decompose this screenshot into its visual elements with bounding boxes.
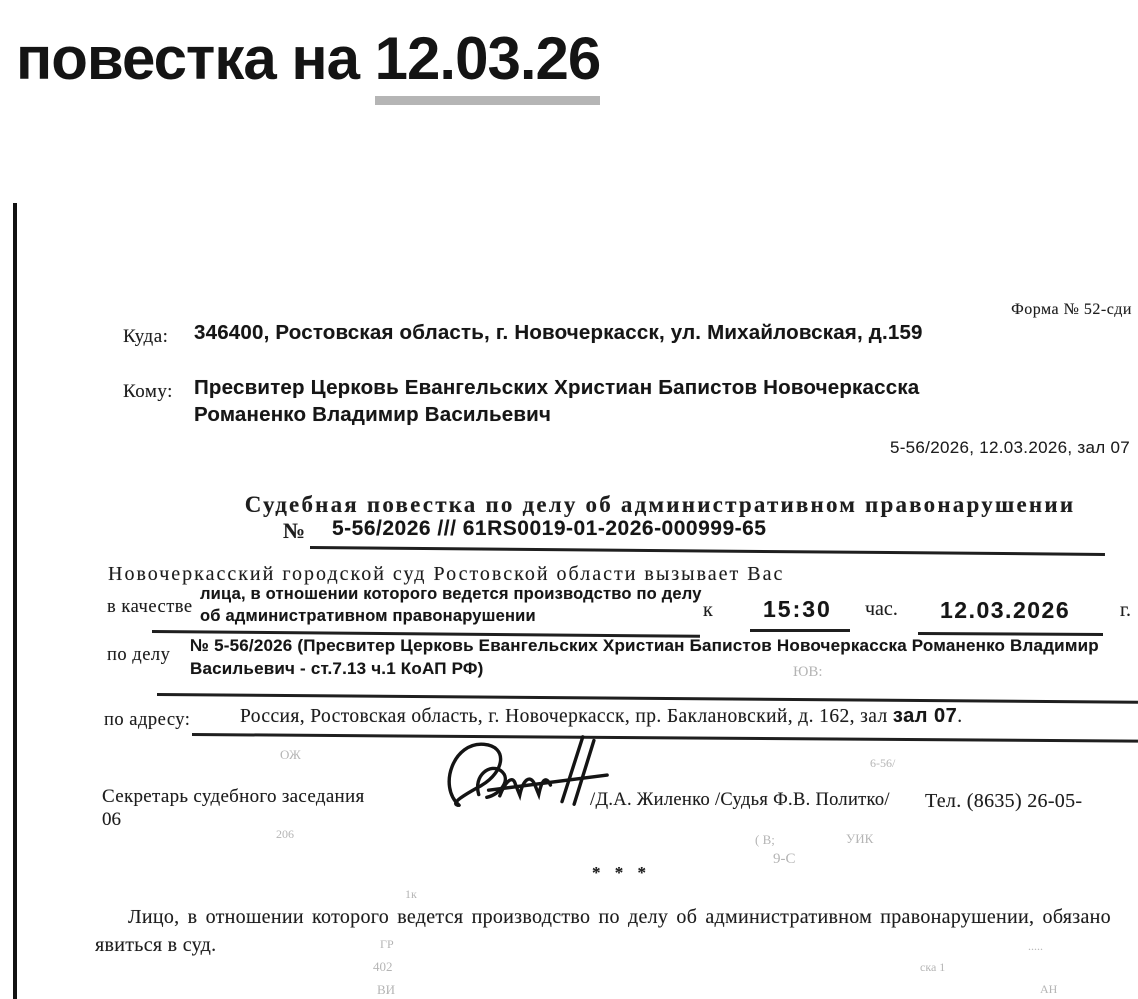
field-to-value: 346400, Ростовская область, г. Новочерка… bbox=[194, 321, 923, 345]
field-as-value-line2: об административном правонарушении bbox=[200, 607, 536, 626]
page-title-text: повестка на bbox=[16, 25, 375, 92]
case-reference: 5-56/2026, 12.03.2026, зал 07 bbox=[890, 438, 1130, 458]
case-number-underline bbox=[310, 546, 1105, 556]
scan-artifact: 1к bbox=[405, 887, 417, 902]
stars-separator: * * * bbox=[592, 863, 651, 883]
scan-artifact: 6-56/ bbox=[870, 756, 895, 771]
field-whom-label: Кому: bbox=[123, 381, 173, 403]
hour-label: час. bbox=[865, 598, 898, 621]
address-period: . bbox=[957, 706, 962, 727]
scan-artifact: ГР bbox=[380, 937, 394, 952]
document-heading: Судебная повестка по делу об администрат… bbox=[245, 492, 1076, 518]
scan-artifact: ска 1 bbox=[920, 960, 945, 975]
court-summons-line: Новочеркасский городской суд Ростовской … bbox=[108, 563, 784, 586]
number-sign: № bbox=[283, 518, 305, 544]
note-line1: Лицо, в отношении которого ведется произ… bbox=[95, 906, 1111, 929]
field-as-value-line1: лица, в отношении которого ведется произ… bbox=[200, 585, 702, 604]
year-label: г. bbox=[1120, 599, 1131, 622]
form-number: Форма № 52-сди bbox=[1011, 301, 1132, 319]
k-preposition: к bbox=[703, 599, 713, 622]
field-case-value-line2: Васильевич - ст.7.13 ч.1 КоАП РФ) bbox=[190, 659, 483, 679]
address-text: Россия, Ростовская область, г. Новочерка… bbox=[240, 706, 893, 727]
separator-line bbox=[157, 693, 1138, 704]
scan-artifact: ..... bbox=[1028, 939, 1043, 954]
note-line2: явиться в суд. bbox=[95, 934, 216, 957]
scan-artifact: ( В; bbox=[755, 832, 775, 848]
screenshot-root: повестка на 12.03.26 Форма № 52-сди Куда… bbox=[0, 0, 1138, 999]
scan-artifact: АН bbox=[1040, 982, 1057, 997]
field-whom-value-line1: Пресвитер Церковь Евангельских Христиан … bbox=[194, 376, 919, 400]
scan-artifact: 9-С bbox=[773, 851, 796, 868]
signature-scribble-icon bbox=[432, 728, 615, 818]
page-title-date: 12.03.26 bbox=[375, 24, 601, 105]
secretary-number: 06 bbox=[102, 809, 121, 831]
field-to-label: Куда: bbox=[123, 326, 168, 348]
hearing-date: 12.03.2026 bbox=[940, 597, 1070, 624]
signature bbox=[432, 728, 615, 818]
hearing-time: 15:30 bbox=[763, 596, 832, 623]
field-as-label: в качестве bbox=[107, 597, 193, 618]
page-title: повестка на 12.03.26 bbox=[16, 24, 600, 105]
scan-artifact: УИК bbox=[846, 831, 873, 847]
left-border-line bbox=[13, 203, 17, 999]
scan-artifact: 206 bbox=[276, 827, 294, 842]
scan-artifact: 402 bbox=[373, 959, 393, 975]
scan-artifact: ОЖ bbox=[280, 747, 301, 763]
officials-names: /Д.А. Жиленко /Судья Ф.В. Политко/ bbox=[590, 790, 890, 811]
case-number: 5-56/2026 /// 61RS0019-01-2026-000999-65 bbox=[332, 517, 766, 541]
scan-artifact: ВИ bbox=[377, 982, 395, 998]
address-underline bbox=[192, 733, 1138, 743]
scan-artifact: ЮВ: bbox=[793, 664, 823, 681]
address-hall: зал 07 bbox=[893, 705, 957, 727]
field-case-value-line1: № 5-56/2026 (Пресвитер Церковь Евангельс… bbox=[190, 636, 1099, 656]
phone-number: Тел. (8635) 26-05- bbox=[925, 790, 1082, 813]
field-case-label: по делу bbox=[107, 645, 170, 666]
secretary-label: Секретарь судебного заседания bbox=[102, 786, 365, 808]
field-whom-value-line2: Романенко Владимир Васильевич bbox=[194, 403, 551, 427]
time-underline bbox=[750, 629, 850, 632]
field-address-value: Россия, Ростовская область, г. Новочерка… bbox=[240, 705, 963, 728]
field-address-label: по адресу: bbox=[104, 710, 190, 731]
